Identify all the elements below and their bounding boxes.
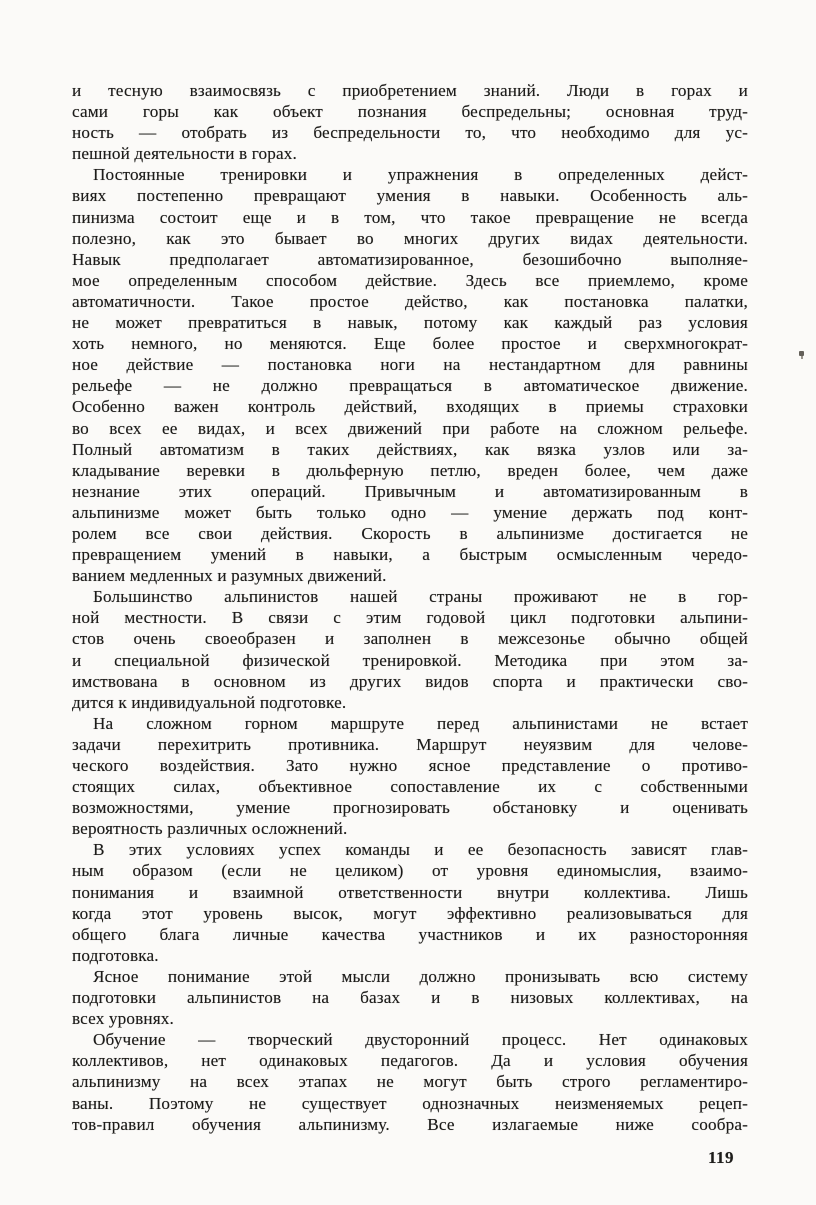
scan-artifact-speck [799,351,804,356]
paragraph: Ясное понимание этой мысли должно прониз… [72,966,748,1029]
text-line: стов очень своеобразен и заполнен в межс… [72,628,748,649]
text-line: Особенно важен контроль действий, входящ… [72,396,748,417]
text-line: и специальной физической тренировкой. Ме… [72,650,748,671]
paragraph: Большинство альпинистов нашей страны про… [72,586,748,713]
paragraph: На сложном горном маршруте перед альпини… [72,713,748,840]
text-line: коллективов, нет одинаковых педагогов. Д… [72,1050,748,1071]
text-line: мое определенным способом действие. Здес… [72,270,748,291]
paragraph: Постоянные тренировки и упражнения в опр… [72,164,748,586]
text-line: альпинизме может быть только одно — умен… [72,502,748,523]
text-line: виях постепенно превращают умения в навы… [72,185,748,206]
text-line: тов-правил обучения альпинизму. Все изла… [72,1114,748,1135]
text-line: Обучение — творческий двусторонний проце… [72,1029,748,1050]
text-line: сами горы как объект познания беспредель… [72,101,748,122]
page-number: 119 [708,1147,734,1168]
text-line: подготовки альпинистов на базах и в низо… [72,987,748,1008]
paragraph: и тесную взаимосвязь с приобретением зна… [72,80,748,164]
text-line: незнание этих операций. Привычным и авто… [72,481,748,502]
text-line: всех уровнях. [72,1008,748,1029]
text-line: имствована в основном из других видов сп… [72,671,748,692]
text-line: ваны. Поэтому не существует однозначных … [72,1093,748,1114]
text-line: во всех ее видах, и всех движений при ра… [72,418,748,439]
text-line: когда этот уровень высок, могут эффектив… [72,903,748,924]
text-line: Полный автоматизм в таких действиях, как… [72,439,748,460]
text-line: стоящих силах, объективное сопоставление… [72,776,748,797]
text-line: полезно, как это бывает во многих других… [72,228,748,249]
text-line: Ясное понимание этой мысли должно прониз… [72,966,748,987]
text-line: Постоянные тренировки и упражнения в опр… [72,164,748,185]
text-line: вероятность различных осложнений. [72,818,748,839]
text-line: не может превратиться в навык, потому ка… [72,312,748,333]
text-line: ческого воздействия. Зато нужно ясное пр… [72,755,748,776]
text-line: дится к индивидуальной подготовке. [72,692,748,713]
paragraph: В этих условиях успех команды и ее безоп… [72,839,748,966]
text-line: ное действие — постановка ноги на нестан… [72,354,748,375]
text-line: кладывание веревки в дюльферную петлю, в… [72,460,748,481]
text-line: пинизма состоит еще и в том, что такое п… [72,207,748,228]
text-line: пешной деятельности в горах. [72,143,748,164]
text-line: ной местности. В связи с этим годовой ци… [72,607,748,628]
text-line: понимания и взаимной ответственности вну… [72,882,748,903]
text-line: Большинство альпинистов нашей страны про… [72,586,748,607]
text-line: ность — отобрать из беспредельности то, … [72,122,748,143]
text-line: альпинизму на всех этапах не могут быть … [72,1071,748,1092]
text-line: автоматичности. Такое простое действо, к… [72,291,748,312]
text-line: задачи перехитрить противника. Маршрут н… [72,734,748,755]
text-line: подготовка. [72,945,748,966]
text-block: и тесную взаимосвязь с приобретением зна… [72,80,748,1135]
book-page: и тесную взаимосвязь с приобретением зна… [0,0,816,1205]
text-line: возможностями, умение прогнозировать обс… [72,797,748,818]
text-line: ролем все свои действия. Скорость в альп… [72,523,748,544]
text-line: и тесную взаимосвязь с приобретением зна… [72,80,748,101]
text-line: превращением умений в навыки, а быстрым … [72,544,748,565]
text-line: хоть немного, но меняются. Еще более про… [72,333,748,354]
text-line: ванием медленных и разумных движений. [72,565,748,586]
text-line: Навык предполагает автоматизированное, б… [72,249,748,270]
text-line: ным образом (если не целиком) от уровня … [72,860,748,881]
text-line: рельефе — не должно превращаться в автом… [72,375,748,396]
text-line: На сложном горном маршруте перед альпини… [72,713,748,734]
text-line: В этих условиях успех команды и ее безоп… [72,839,748,860]
paragraph: Обучение — творческий двусторонний проце… [72,1029,748,1134]
text-line: общего блага личные качества участников … [72,924,748,945]
